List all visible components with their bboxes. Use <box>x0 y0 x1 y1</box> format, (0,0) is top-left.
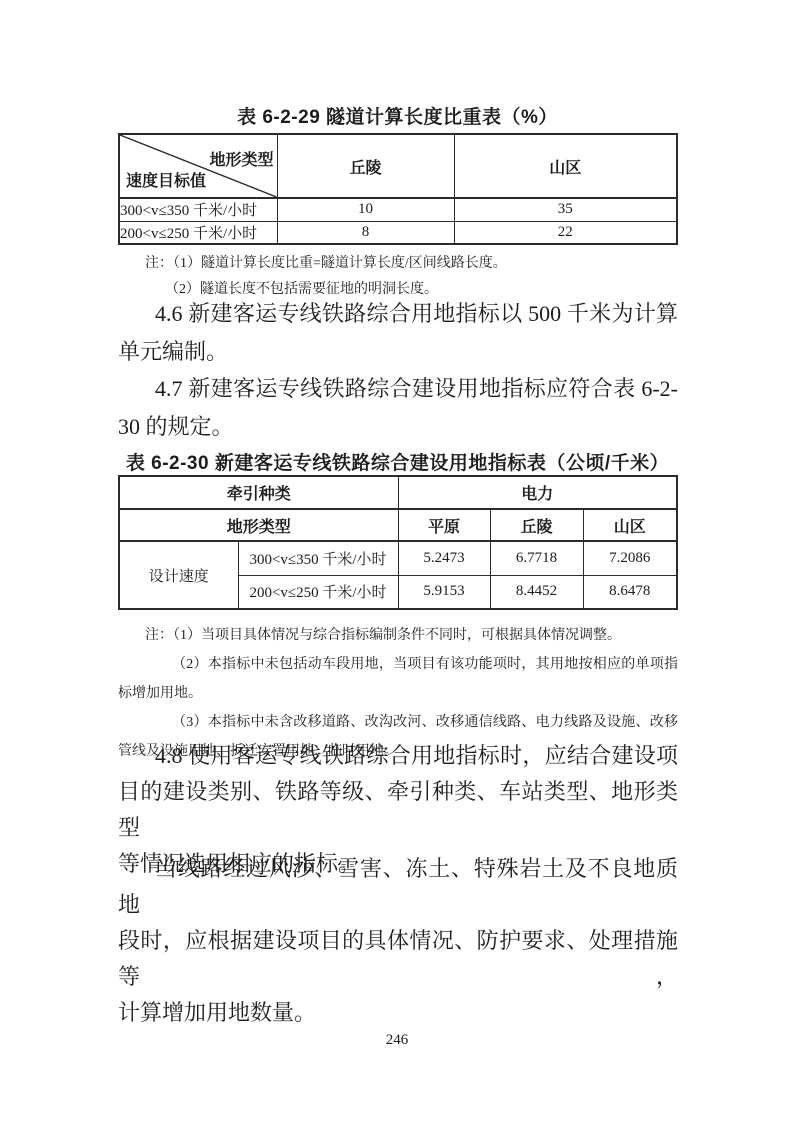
table-row: 设计速度 300<v≤350 千米/小时 5.2473 6.7718 7.208… <box>119 541 677 575</box>
paragraph-4-6: 4.6 新建客运专线铁路综合用地指标以 500 千米为计算 单元编制。 <box>118 295 678 371</box>
document-page: 表 6-2-29 隧道计算长度比重表（%） 地形类型 速度目标值 丘陵 山区 3… <box>0 0 794 1122</box>
paragraph-line: 段时，应根据建设项目的具体情况、防护要求、处理措施等， <box>118 923 678 995</box>
value-cell: 5.9153 <box>398 575 490 609</box>
paragraph-line: 计算增加用地数量。 <box>118 995 678 1031</box>
column-header-mountain: 山区 <box>583 509 677 541</box>
value-cell: 8.6478 <box>583 575 677 609</box>
paragraph-line: 当线路经过风沙、雪害、冻土、特殊岩土及不良地质地 <box>118 851 678 923</box>
speed-range-cell: 200<v≤250 千米/小时 <box>119 221 277 244</box>
column-header-hilly: 丘陵 <box>490 509 583 541</box>
header-power: 电力 <box>398 476 677 509</box>
column-header-mountain: 山区 <box>454 134 677 198</box>
note-line: 标增加用地。 <box>118 679 678 708</box>
table-row: 200<v≤250 千米/小时 8 22 <box>119 221 677 244</box>
note-line: 注：（1）隧道计算长度比重=隧道计算长度/区间线路长度。 <box>118 251 678 277</box>
paragraph-line: 目的建设类别、铁路等级、牵引种类、车站类型、地形类型 <box>118 774 678 846</box>
table-row: 300<v≤350 千米/小时 10 35 <box>119 198 677 221</box>
paragraph-line: 30 的规定。 <box>118 408 678 446</box>
value-cell: 35 <box>454 198 677 221</box>
corner-label-speed-target: 速度目标值 <box>126 168 206 191</box>
table-6-2-30-header-row-1: 牵引种类 电力 <box>119 476 677 509</box>
header-traction-type: 牵引种类 <box>119 476 398 509</box>
paragraph-4-7: 4.7 新建客运专线铁路综合建设用地指标应符合表 6-2- 30 的规定。 <box>118 370 678 446</box>
note-line: （3）本指标中未含改移道路、改沟改河、改移通信线路、电力线路及设施、改移 <box>118 708 678 737</box>
value-cell: 22 <box>454 221 677 244</box>
speed-range-cell: 300<v≤350 千米/小时 <box>238 541 398 575</box>
speed-range-cell: 300<v≤350 千米/小时 <box>119 198 277 221</box>
value-cell: 10 <box>277 198 454 221</box>
column-header-hilly: 丘陵 <box>277 134 454 198</box>
note-line: 注：（1）当项目具体情况与综合指标编制条件不同时，可根据具体情况调整。 <box>118 621 678 650</box>
value-cell: 7.2086 <box>583 541 677 575</box>
paragraph-line: 4.8 使用客运专线铁路综合用地指标时，应结合建设项 <box>118 738 678 774</box>
row-group-design-speed: 设计速度 <box>119 541 238 609</box>
paragraph-line: 4.7 新建客运专线铁路综合建设用地指标应符合表 6-2- <box>118 370 678 408</box>
table-6-2-30: 牵引种类 电力 地形类型 平原 丘陵 山区 设计速度 300<v≤350 千米/… <box>118 475 678 610</box>
table-6-2-29: 地形类型 速度目标值 丘陵 山区 300<v≤350 千米/小时 10 35 2… <box>118 133 678 245</box>
table-6-2-30-title: 表 6-2-30 新建客运专线铁路综合建设用地指标表（公顷/千米） <box>110 448 685 475</box>
paragraph-line: 4.6 新建客运专线铁路综合用地指标以 500 千米为计算 <box>118 295 678 333</box>
diagonal-header-cell: 地形类型 速度目标值 <box>119 134 277 198</box>
table-6-2-29-header-row: 地形类型 速度目标值 丘陵 山区 <box>119 134 677 198</box>
value-cell: 6.7718 <box>490 541 583 575</box>
value-cell: 8.4452 <box>490 575 583 609</box>
table-6-2-29-title: 表 6-2-29 隧道计算长度比重表（%） <box>118 102 677 129</box>
header-terrain-type: 地形类型 <box>119 509 398 541</box>
paragraph-line: 单元编制。 <box>118 333 678 371</box>
corner-label-terrain-type: 地形类型 <box>209 147 273 170</box>
value-cell: 8 <box>277 221 454 244</box>
speed-range-cell: 200<v≤250 千米/小时 <box>238 575 398 609</box>
page-number: 246 <box>0 1032 794 1049</box>
note-line: （2）本指标中未包括动车段用地，当项目有该功能项时，其用地按相应的单项指 <box>118 650 678 679</box>
paragraph-geology: 当线路经过风沙、雪害、冻土、特殊岩土及不良地质地 段时，应根据建设项目的具体情况… <box>118 851 678 1031</box>
table-6-2-30-header-row-2: 地形类型 平原 丘陵 山区 <box>119 509 677 541</box>
value-cell: 5.2473 <box>398 541 490 575</box>
column-header-plain: 平原 <box>398 509 490 541</box>
